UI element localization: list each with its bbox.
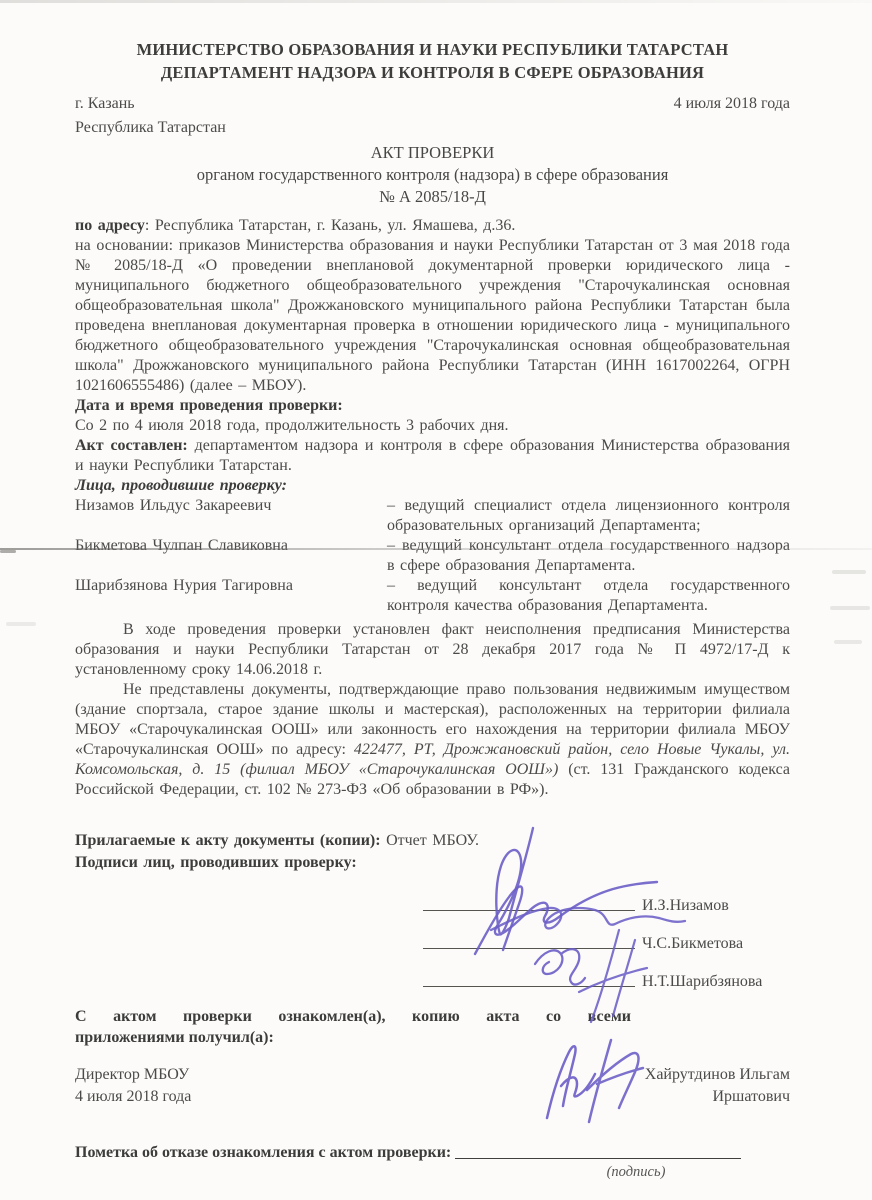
refusal-label: Пометка об отказе ознакомления с актом п… [75, 1144, 451, 1161]
address-value: : Республика Татарстан, г. Казань, ул. Я… [145, 217, 516, 234]
director-name-line2: Иршатович [645, 1086, 790, 1108]
refusal-signature-line [455, 1158, 741, 1159]
region-label: Республика Татарстан [75, 116, 790, 140]
attachments-paragraph: Прилагаемые к акту документы (копии): От… [75, 830, 790, 852]
inspector-duty: – ведущий специалист отдела лицензионног… [387, 496, 790, 536]
director-name-line1: Хайрутдинов Ильгам [645, 1064, 790, 1086]
inspector-duty: – ведущий консультант отдела государстве… [387, 536, 790, 576]
scan-smudge [834, 640, 862, 644]
acknowledgment-line1: С актом проверки ознакомлен(а), копию ак… [75, 1006, 631, 1027]
datetime-label: Дата и время проведения проверки: [75, 396, 790, 416]
document-date: 4 июля 2018 года [674, 92, 790, 116]
composed-paragraph: Акт составлен: департаментом надзора и к… [75, 436, 790, 476]
signature-line [423, 986, 635, 987]
scan-smudge [830, 606, 870, 610]
finding-paragraph-2: Не представлены документы, подтверждающи… [75, 680, 790, 800]
refusal-note-row: Пометка об отказе ознакомления с актом п… [75, 1142, 790, 1164]
inspector-row: Шарибзянова Нурия Тагировна – ведущий ко… [75, 576, 790, 616]
inspector-row: Низамов Ильдус Закареевич – ведущий спец… [75, 496, 790, 536]
document-title-block: АКТ ПРОВЕРКИ органом государственного ко… [75, 142, 790, 208]
signature-row: Ч.С.Бикметова [75, 916, 790, 954]
signatures-label: Подписи лиц, проводивших проверку: [75, 852, 790, 874]
attachments-value: Отчет МБОУ. [381, 832, 479, 849]
signer-name: Н.Т.Шарибзянова [642, 972, 790, 992]
director-name-block: Хайрутдинов Ильгам Иршатович [645, 1064, 790, 1108]
inspector-row: Бикметова Чулпан Славиковна – ведущий ко… [75, 536, 790, 576]
director-row: Директор МБОУ 4 июля 2018 года Хайрутдин… [75, 1064, 790, 1108]
inspector-name: Шарибзянова Нурия Тагировна [75, 576, 387, 616]
signature-caption: (подпись) [493, 1164, 779, 1181]
signer-name: И.З.Низамов [642, 896, 790, 916]
signatures-block: И.З.Низамов Ч.С.Бикметова Н.Т.Шарибзянов… [75, 878, 790, 992]
attachments-label: Прилагаемые к акту документы (копии): [75, 832, 381, 849]
document-body: по адресу: Республика Татарстан, г. Каза… [75, 216, 790, 874]
scanned-document-page: МИНИСТЕРСТВО ОБРАЗОВАНИЯ И НАУКИ РЕСПУБЛ… [0, 0, 872, 1200]
place-date-row: г. Казань 4 июля 2018 года [75, 92, 790, 116]
signature-line [423, 948, 635, 949]
city-label: г. Казань [75, 92, 135, 116]
acknowledgment-block: С актом проверки ознакомлен(а), копию ак… [75, 1006, 631, 1048]
signature-line [423, 910, 635, 911]
document-header: МИНИСТЕРСТВО ОБРАЗОВАНИЯ И НАУКИ РЕСПУБЛ… [75, 38, 790, 84]
ministry-name: МИНИСТЕРСТВО ОБРАЗОВАНИЯ И НАУКИ РЕСПУБЛ… [75, 38, 790, 61]
composed-label: Акт составлен: [75, 437, 188, 454]
inspector-name: Бикметова Чулпан Славиковна [75, 536, 387, 576]
datetime-value: Со 2 по 4 июля 2018 года, продолжительно… [75, 416, 790, 436]
acknowledgment-line2: приложениями получил(а): [75, 1027, 631, 1048]
director-date: 4 июля 2018 года [75, 1086, 191, 1108]
signature-row: Н.Т.Шарибзянова [75, 954, 790, 992]
address-paragraph: по адресу: Республика Татарстан, г. Каза… [75, 216, 790, 236]
scan-smudge [6, 622, 36, 626]
findings-section: В ходе проведения проверки установлен фа… [75, 620, 790, 800]
document-subtitle: органом государственного контроля (надзо… [75, 164, 790, 186]
address-label: по адресу [75, 217, 145, 234]
scan-smudge [0, 550, 16, 553]
document-title: АКТ ПРОВЕРКИ [75, 142, 790, 164]
persons-label: Лица, проводившие проверку: [75, 476, 790, 496]
department-name: ДЕПАРТАМЕНТ НАДЗОРА И КОНТРОЛЯ В СФЕРЕ О… [75, 61, 790, 84]
finding-paragraph-1: В ходе проведения проверки установлен фа… [75, 620, 790, 680]
inspector-duty: – ведущий консультант отдела государстве… [387, 576, 790, 616]
director-title: Директор МБОУ [75, 1064, 191, 1086]
scan-smudge [832, 570, 866, 574]
signer-name: Ч.С.Бикметова [642, 934, 790, 954]
document-number: № А 2085/18-Д [75, 186, 790, 208]
signature-row: И.З.Низамов [75, 878, 790, 916]
basis-paragraph: на основании: приказов Министерства обра… [75, 236, 790, 396]
inspector-name: Низамов Ильдус Закареевич [75, 496, 387, 536]
director-title-block: Директор МБОУ 4 июля 2018 года [75, 1064, 191, 1108]
